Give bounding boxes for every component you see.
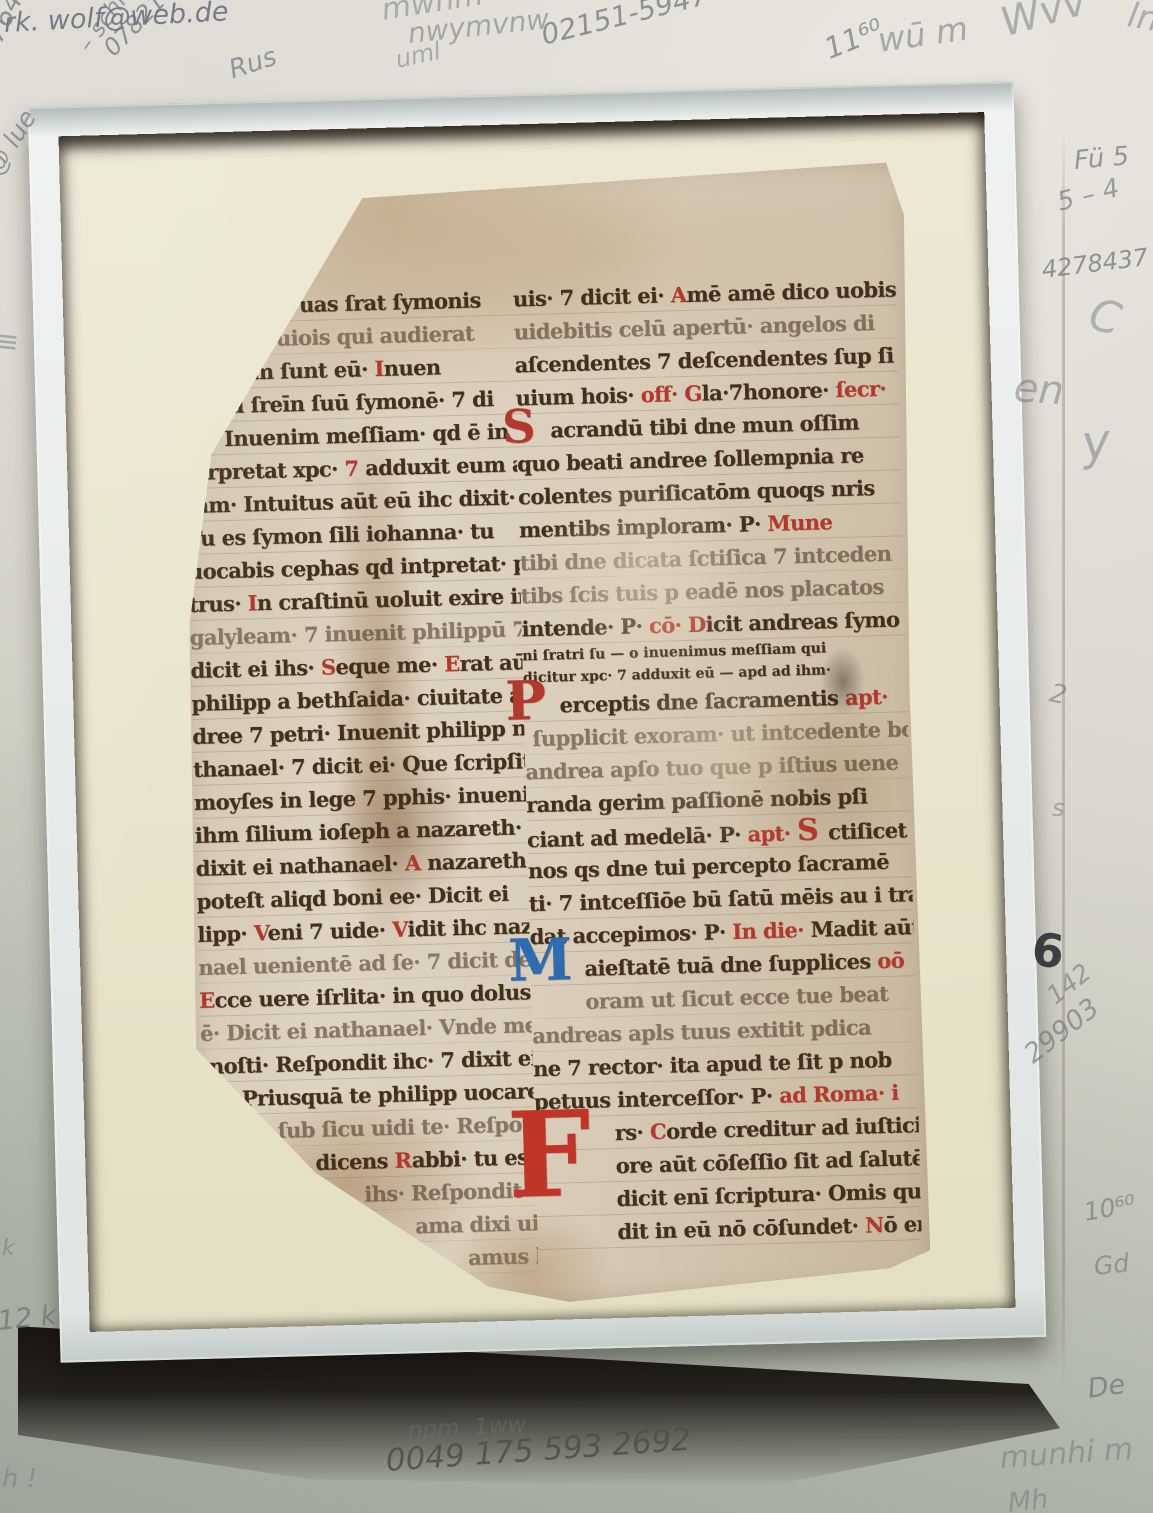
manuscript-text-segment: terpretat xpc· [185,456,345,485]
manuscript-text-segment: ciant ad medelā· P· [527,822,748,853]
manuscript-text-segment: aieſtatē tuā dne ſupplices [584,948,877,981]
manuscript-text-segment: Priusquā te philipp uocaret cum [241,1076,534,1110]
manuscript-text-segment: andreas apls tuus extitit pdica [532,1014,871,1048]
manuscript-text-segment: nael uenientē ad ſe· 7 dicit de eo· [198,945,531,980]
handwritten-note: ≡ [0,326,21,358]
manuscript-text-segment: ama dixi uia uidi [415,1208,538,1238]
manuscript-text-segment: V [253,920,267,945]
handwritten-note: Fü 5 [1073,143,1130,174]
manuscript-text-segment: E [444,651,460,676]
manuscript-text-segment: dat accepimos· P· [529,919,732,949]
manuscript-column-left: uas ſrat ſymonisuiois qui audieratam ſun… [181,282,539,1280]
handwritten-note: munhi m [999,1435,1134,1474]
manuscript-column-right: uis· 7 dicit ei· Amē amē dico uobisuideb… [512,272,921,1250]
manuscript-text-segment: intende· P· [521,613,649,641]
manuscript-text-segment: dixit ei nathanael· [195,851,405,881]
manuscript-text-segment: noſti· Reſpondit ihc· 7 dixit ei· [209,1045,534,1079]
manuscript-text-segment: ō enī [883,1211,921,1237]
manuscript-text-segment: A [670,282,686,307]
manuscript-text-segment: E [199,988,215,1013]
manuscript-text-segment: ad Roma· i [779,1080,899,1108]
handwritten-note: wū m [876,12,970,57]
manuscript-text-segment: apt· [747,820,797,846]
manuscript-text-segment: mē amē dico uobis [686,276,896,306]
manuscript-text-segment: Mune [767,509,832,536]
handwritten-note: De [1086,1371,1127,1403]
handwritten-note: Mh [1007,1486,1050,1513]
manuscript-text-segment: mū ſreīn ſuū ſymonē· 7 di [207,386,494,418]
manuscript-text-segment: cō· [649,612,689,638]
manuscript-text-segment: eni 7 uide· [267,917,392,945]
manuscript-leaf: uas ſrat ſymonisuiois qui audieratam ſun… [164,154,942,1315]
manuscript-text-segment: colentes puriſicatōm quoqs nris [518,475,875,509]
manuscript-text-segment: 7 [344,456,359,481]
handwritten-note: 11⁶⁰ [821,15,888,64]
manuscript-text-segment: uas ſrat ſymonis [299,287,481,317]
manuscript-text-segment: uocabis cephas qd intpretat· pe [188,550,521,584]
manuscript-text-segment: moyſes in lege 7 pphis· inuenim [194,781,527,815]
manuscript-text-segment: ihs· Reſpondit [364,1178,522,1207]
email-note: rk. wolf@web.de [3,0,229,37]
manuscript-text-segment: petuus interceſſor· P· [534,1083,780,1114]
manuscript-text-segment: Madit aūt· [810,914,914,942]
manuscript-text-segment: nazareth [420,847,526,875]
manuscript-line: amus his ſre [206,1239,539,1281]
manuscript-text-segment: philipp a bethſaida· ciuitate an [191,682,524,716]
manuscript-text-segment: uidebitis celū apertū· angelos di [513,310,874,344]
manuscript-text-segment: S [797,812,829,848]
manuscript-text-segment: n craſtinū uoluit exire in [257,583,522,615]
manuscript-text-segment: apt· [845,684,889,710]
manuscript-text-segment: mentibs imploram· P· [519,511,768,542]
manuscript-text-segment: la·7honore· [701,377,836,405]
picture-frame: uas ſrat ſymonisuiois qui audieratam ſun… [28,81,1047,1362]
manuscript-text-segment: am ſunt eū· [238,356,374,385]
handwritten-note: mwnm [380,0,485,26]
manuscript-text-segment: dicit enī ſcriptura· Omis qui cre [616,1177,921,1211]
handwritten-note: ln [1125,0,1153,37]
manuscript-text-segment: thanael· 7 dicit ei· Que ſcripſit [193,748,526,782]
handwritten-note: nwymvnw [407,5,551,48]
manuscript-text-segment: off· [640,381,684,407]
manuscript-text-segment: abbi· tu es ſi [411,1144,535,1173]
manuscript-text-segment: erceptis dne ſacramentis [559,685,845,717]
manuscript-text-segment: randa gerim paſſionē nobis pſi [526,783,868,817]
manuscript-text-segment: ſub ſicu uidi te· Reſpondit ei [277,1110,535,1143]
handwritten-note: h ! [2,1466,37,1492]
manuscript-text-segment: A [404,850,420,875]
handwritten-note: 02151-5947 [539,0,711,50]
manuscript-text-segment: In die· [732,917,811,944]
manuscript-text-segment: ctiſicet [828,817,907,844]
manuscript-text-segment: oō [877,947,904,973]
handwritten-note: 337647 [0,0,35,77]
manuscript-text-segment: ſecr· [835,376,886,402]
manuscript-text-segment: G [684,381,702,406]
manuscript-text-segment: dicit ei ihs· [190,655,321,683]
manuscript-text-segment: ihm ſilium ioſeph a nazareth· 7 [195,814,528,848]
manuscript-text-segment: uiois qui audierat [276,321,475,351]
mat-board: uas ſrat ſymonisuiois qui audieratam ſun… [59,112,1016,1332]
manuscript-text-segment: ne 7 rector· ita apud te ſit p nob [533,1047,892,1081]
manuscript-text-segment: nuen [383,354,440,380]
handwritten-note: Gd [1093,1250,1131,1279]
manuscript-text-segment: dree 7 petri· Inuenit philipp na [192,715,525,749]
background-paper-crease [1062,130,1065,1390]
handwritten-note: 10⁶⁰ [1082,1191,1137,1225]
manuscript-text-segment: C [650,1119,667,1144]
manuscript-text-segment: u es ſymon ſili iohanna· tu [200,518,494,551]
manuscript-text-segment: amus his ſre [468,1241,539,1270]
manuscript-text-segment: trus· [188,591,248,618]
manuscript-text-segment: quo beati andree ſollempnia re [517,442,864,476]
handwritten-note: k [2,1238,15,1260]
manuscript-text-segment: poteſt aliqd boni ee· Dicit ei [196,881,508,914]
manuscript-text-segment: S [321,654,336,679]
manuscript-text-segment: ei· Inuenim meſſiam· qd ē in [190,419,509,452]
manuscript-text-segment: uium hois· [515,382,641,410]
manuscript-text-segment: R [394,1147,412,1172]
manuscript-text-segment: ē· Dicit ei nathanael· Vnde me [200,1012,533,1046]
handwritten-note: – schrimm · [75,0,172,56]
manuscript-text-segment: idit ihc naza [407,913,530,942]
manuscript-text-segment: dicens [315,1148,395,1175]
manuscript-text-segment: oram ut ſicut ecce tue beat [585,981,889,1014]
manuscript-text-segment: ore aūt cōſeſſio ſit ad ſalutē· [615,1145,920,1178]
manuscript-text-segment: lipp· [197,920,254,946]
manuscript-text-segment: uis· 7 dicit ei· [513,282,671,311]
handwritten-note: 142 [1042,959,1095,1008]
manuscript-text-segment: dit in eū nō cōſundet· [617,1213,865,1244]
manuscript-text-segment: adduxit eum ad [358,451,518,481]
manuscript-text-segment: galyleam· 7 inuenit philippū 7 [189,616,522,650]
manuscript-text-segment: nos qs dne tui percepto ſacramē [528,849,890,883]
handwritten-note: C [1085,293,1125,343]
handwritten-note: y [1079,417,1112,468]
manuscript-text-segment: rat aūt [459,649,523,676]
handwritten-note: uml [394,39,443,72]
manuscript-text-segment: icit andreas ſymo [705,606,899,636]
manuscript-text-segment: rs· [614,1119,650,1145]
handwritten-note: Wvv [996,0,1091,43]
manuscript-text-segment: eque me· [335,651,444,679]
handwritten-note: 07821-939160 [99,0,239,60]
manuscript-text-segment: acrandū tibi dne mun oſſim [550,409,859,442]
handwritten-note: Rus [226,44,280,84]
handwritten-note: 4278437 [1041,245,1150,282]
manuscript-text-segment: andrea apſo tuo que p iſtius uene [525,750,899,785]
manuscript-text-segment: orde creditur ad iuſticiā [666,1112,919,1144]
manuscript-text-segment: T [187,526,201,551]
manuscript-text-segment: D [688,612,706,637]
manuscript-text-segment: cce uere iſrlita· in quo dolus nō [214,978,531,1012]
manuscript-text-segment: N [865,1212,884,1237]
photo-of-framed-manuscript: uas ſrat ſymonisuiois qui audieratam ſun… [0,0,1153,1513]
handwritten-note: 2 [1047,680,1069,709]
manuscript-text-segment: V [392,916,408,941]
manuscript-text-segment: tibs ſcis tuis p eadē nos placatos [520,574,884,608]
manuscript-text-segment: ihm· Intuitus aūt eū ihc dixit· [186,485,516,519]
